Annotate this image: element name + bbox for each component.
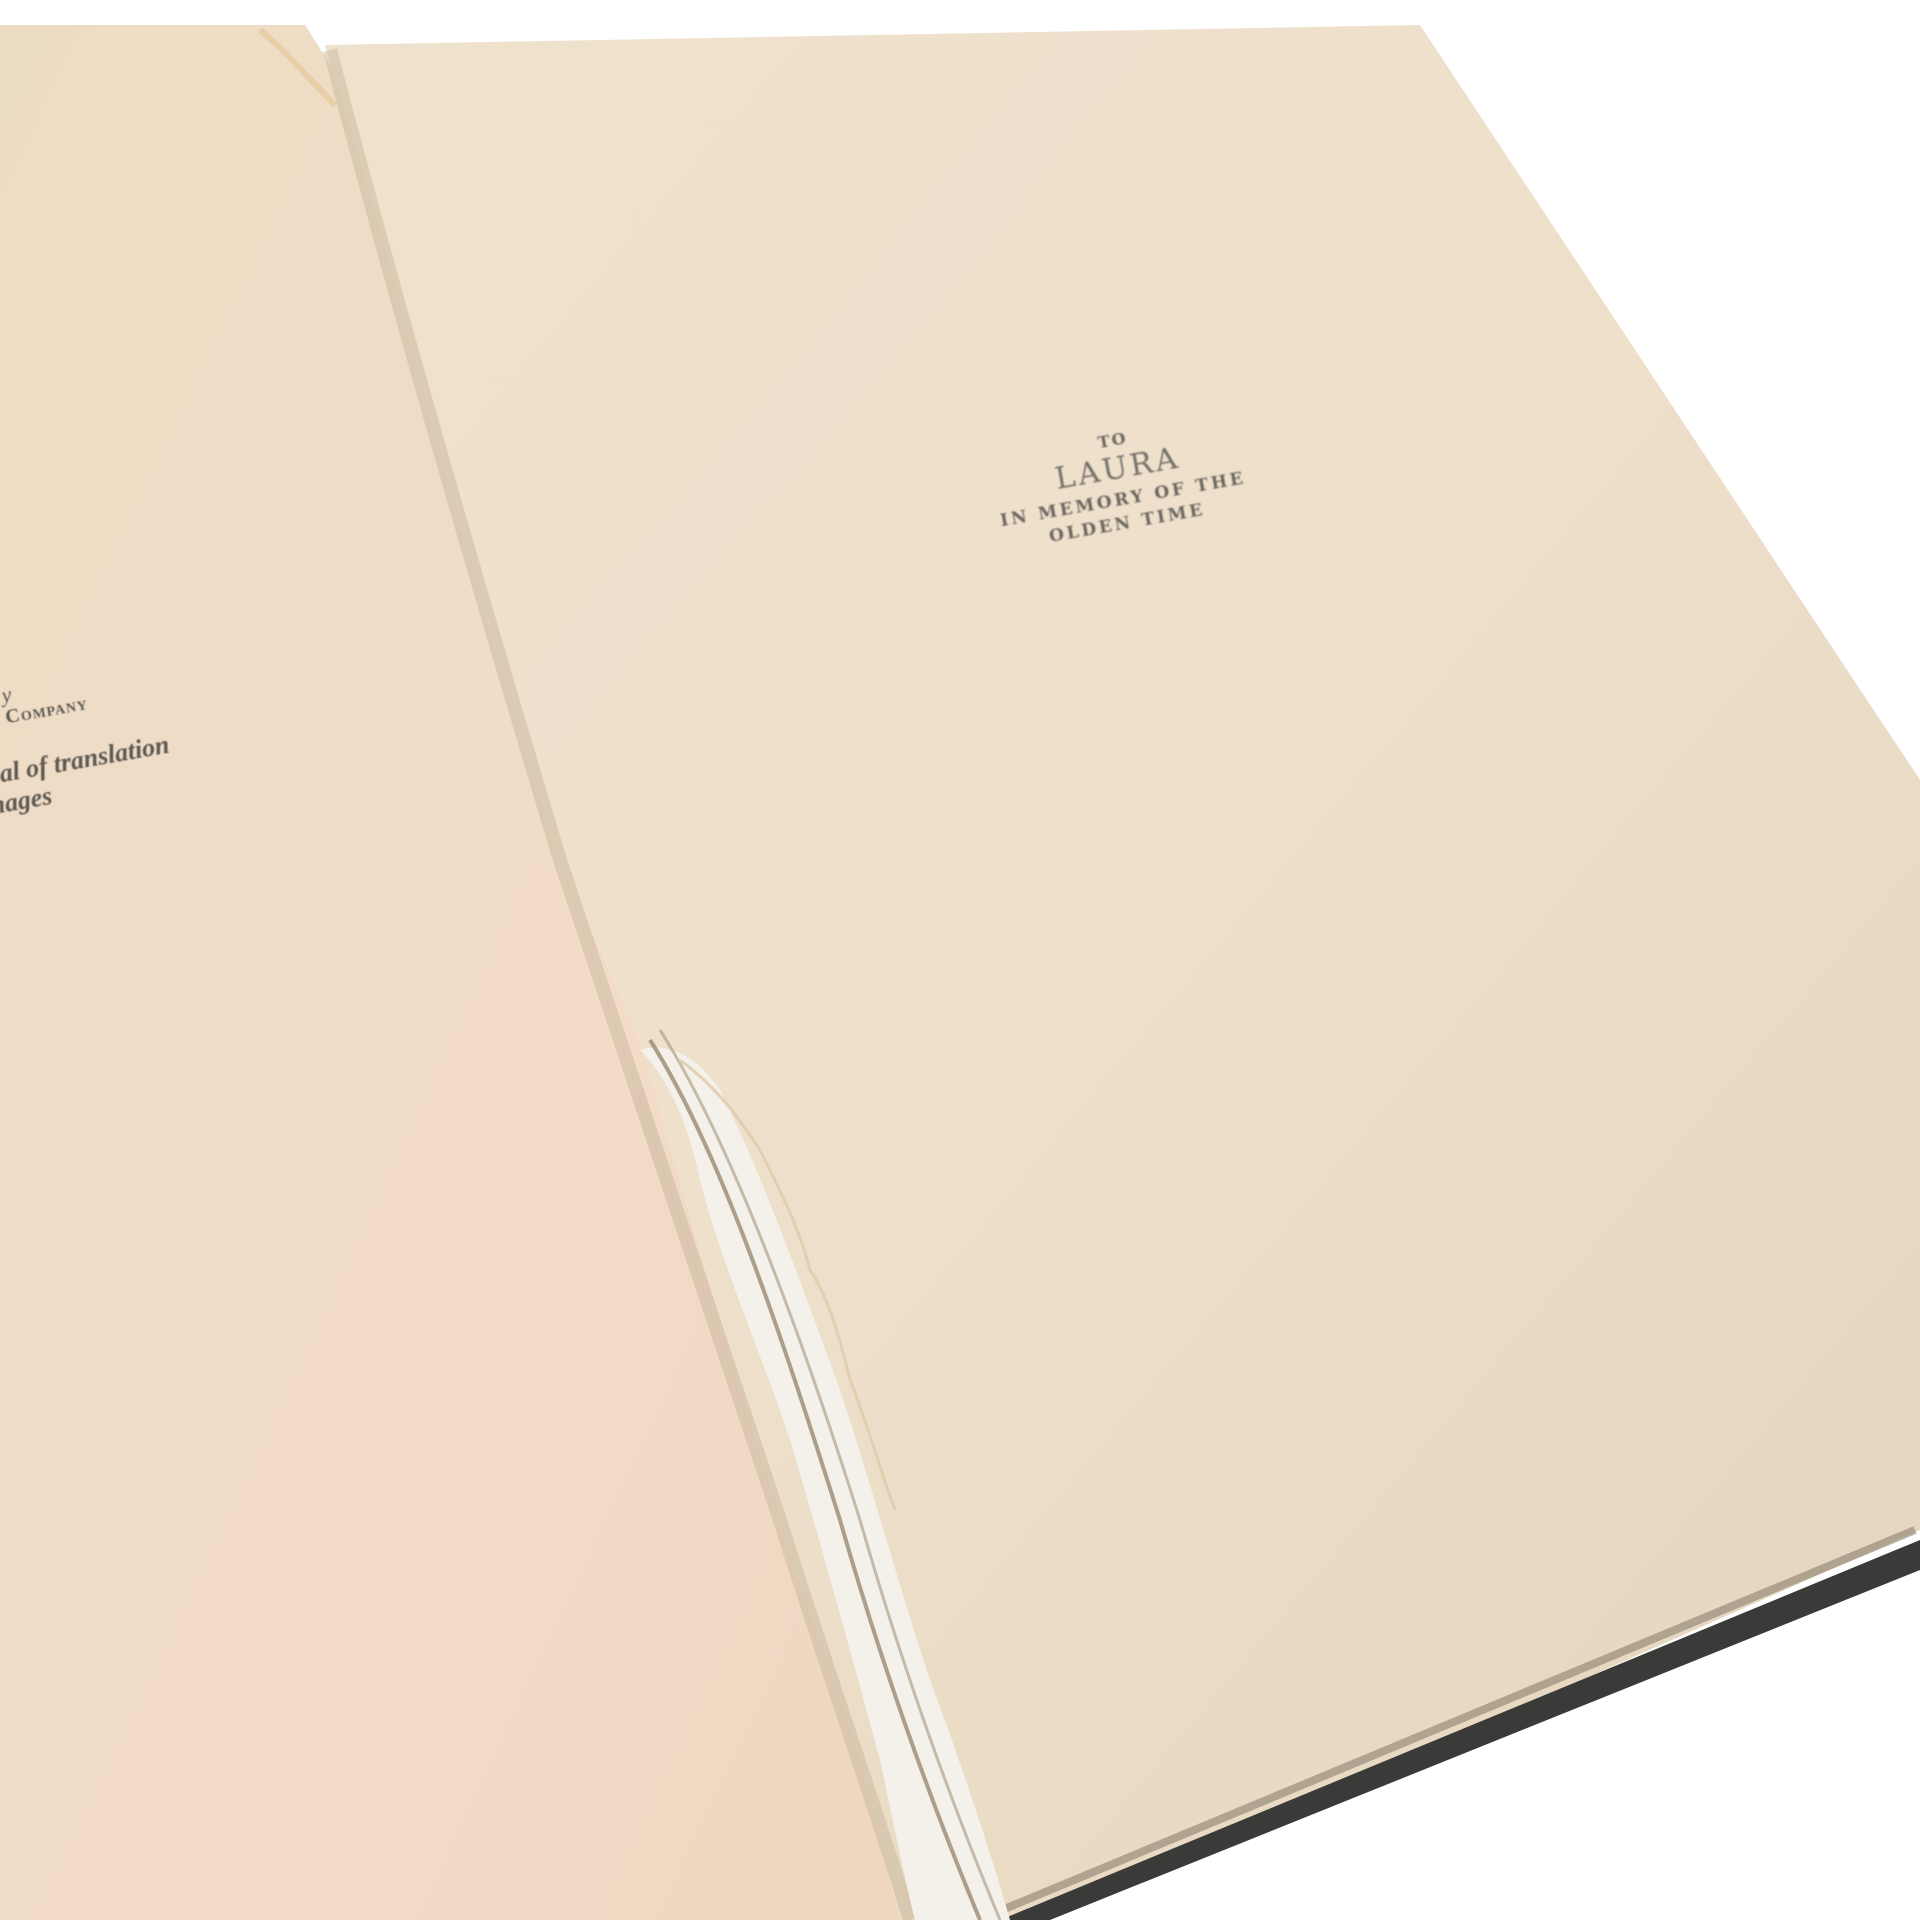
book-photo: TO LAURA IN MEMORY OF THE OLDEN TIME y C…	[0, 0, 1920, 1920]
open-book-illustration	[0, 0, 1920, 1920]
